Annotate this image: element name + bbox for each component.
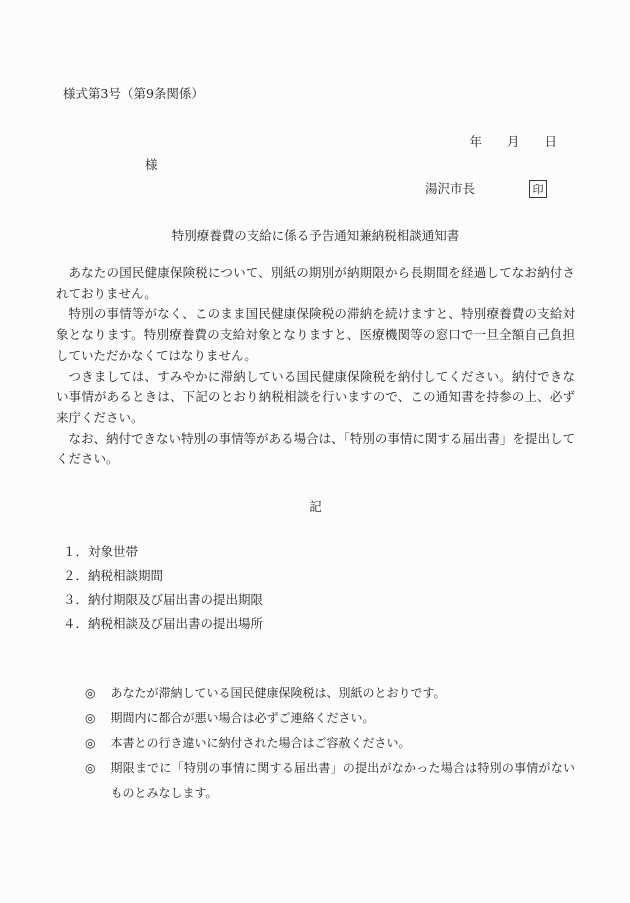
list-item-4: ４．納税相談及び届出書の提出場所 [63,612,575,636]
section-marker-ki: 記 [56,497,575,517]
note-text: 期間内に都合が悪い場合は必ずご連絡ください。 [110,706,575,731]
note-item-1: ◎ あなたが滞納している国民健康保険税は、別紙のとおりです。 [85,681,575,706]
list-item-number: １． [63,544,88,559]
double-circle-marker: ◎ [85,731,95,756]
date-month-label: 月 [507,132,520,152]
list-item-text: 納税相談及び届出書の提出場所 [88,616,263,631]
notes-section: ◎ あなたが滞納している国民健康保険税は、別紙のとおりです。 ◎ 期間内に都合が… [56,681,575,806]
sender-line: 湯沢市長 印 [425,179,575,199]
body-text: あなたの国民健康保険税について、別紙の期別が納期限から長期間を経過してなお納付さ… [56,263,575,470]
paragraph-3: つきましては、すみやかに滞納している国民健康保険税を納付してください。納付できな… [56,367,575,429]
form-number: 様式第3号（第9条関係） [63,84,575,104]
list-item-number: ４． [63,616,88,631]
sender-name: 湯沢市長 [425,179,475,199]
note-item-3: ◎ 本書との行き違いに納付された場合はご容赦ください。 [85,731,575,756]
numbered-list: １．対象世帯 ２．納税相談期間 ３．納付期限及び届出書の提出期限 ４．納税相談及… [56,540,575,636]
list-item-2: ２．納税相談期間 [63,564,575,588]
date-line: 年 月 日 [56,132,575,152]
list-item-1: １．対象世帯 [63,540,575,564]
note-item-4: ◎ 期限までに「特別の事情に関する届出書」の提出がなかった場合は特別の事情がない… [85,756,575,806]
addressee-line: 様 [145,155,575,175]
note-text: あなたが滞納している国民健康保険税は、別紙のとおりです。 [110,681,575,706]
paragraph-1: あなたの国民健康保険税について、別紙の期別が納期限から長期間を経過してなお納付さ… [56,263,575,304]
paragraph-2: 特別の事情等がなく、このまま国民健康保険税の滞納を続けますと、特別療養費の支給対… [56,304,575,366]
seal-stamp-box: 印 [529,180,547,198]
paragraph-4: なお、納付できない特別の事情等がある場合は、「特別の事情に関する届出書」を提出し… [56,429,575,470]
document-page: 様式第3号（第9条関係） 年 月 日 様 湯沢市長 印 特別療養費の支給に係る予… [0,0,630,903]
date-year-label: 年 [469,132,482,152]
addressee-honorific: 様 [145,157,158,172]
date-day-label: 日 [544,132,557,152]
list-item-number: ２． [63,568,88,583]
double-circle-marker: ◎ [85,706,95,731]
list-item-text: 納付期限及び届出書の提出期限 [88,592,263,607]
note-text: 本書との行き違いに納付された場合はご容赦ください。 [110,731,575,756]
list-item-text: 納税相談期間 [88,568,163,583]
list-item-text: 対象世帯 [88,544,138,559]
list-item-3: ３．納付期限及び届出書の提出期限 [63,588,575,612]
list-item-number: ３． [63,592,88,607]
note-text: 期限までに「特別の事情に関する届出書」の提出がなかった場合は特別の事情がないもの… [110,756,575,806]
document-title: 特別療養費の支給に係る予告通知兼納税相談通知書 [56,226,575,246]
double-circle-marker: ◎ [85,756,95,781]
double-circle-marker: ◎ [85,681,95,706]
note-item-2: ◎ 期間内に都合が悪い場合は必ずご連絡ください。 [85,706,575,731]
